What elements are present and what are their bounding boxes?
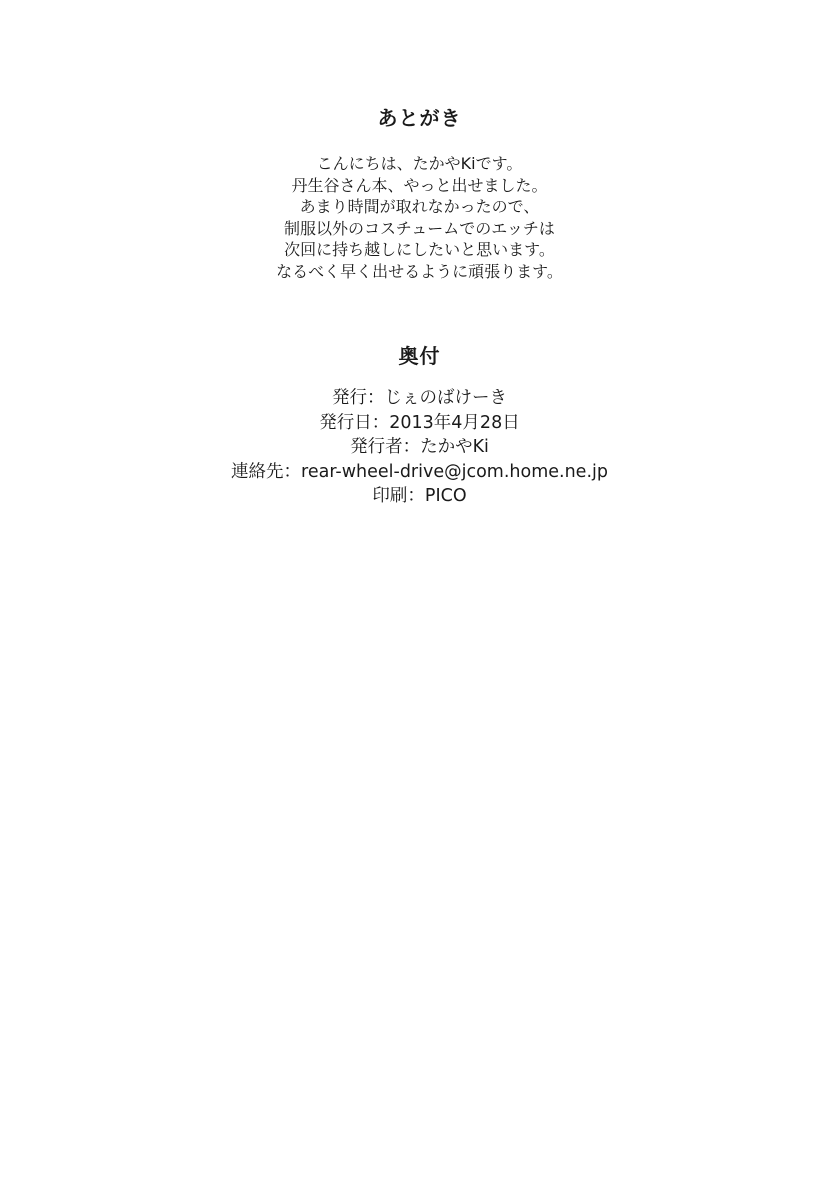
afterword-heading: あとがき [0, 105, 839, 131]
afterword-line: 制服以外のコスチュームでのエッチは [0, 218, 839, 240]
afterword-line: あまり時間が取れなかったので、 [0, 196, 839, 218]
afterword-line: なるべく早く出せるように頑張ります。 [0, 261, 839, 283]
afterword-line: こんにちは、たかやKiです。 [0, 153, 839, 175]
colophon-date: 発行日：2013年4月28日 [0, 411, 839, 436]
colophon-contact: 連絡先：rear-wheel-drive@jcom.home.ne.jp [0, 460, 839, 485]
colophon-publisher: 発行：じぇのばけーき [0, 386, 839, 411]
afterword-line: 丹生谷さん本、やっと出せました。 [0, 175, 839, 197]
colophon-printer: 印刷：PICO [0, 484, 839, 509]
afterword-body: こんにちは、たかやKiです。 丹生谷さん本、やっと出せました。 あまり時間が取れ… [0, 153, 839, 282]
afterword-line: 次回に持ち越しにしたいと思います。 [0, 239, 839, 261]
colophon-body: 発行：じぇのばけーき 発行日：2013年4月28日 発行者：たかやKi 連絡先：… [0, 386, 839, 509]
colophon-author: 発行者：たかやKi [0, 435, 839, 460]
colophon-heading: 奥付 [0, 343, 839, 369]
